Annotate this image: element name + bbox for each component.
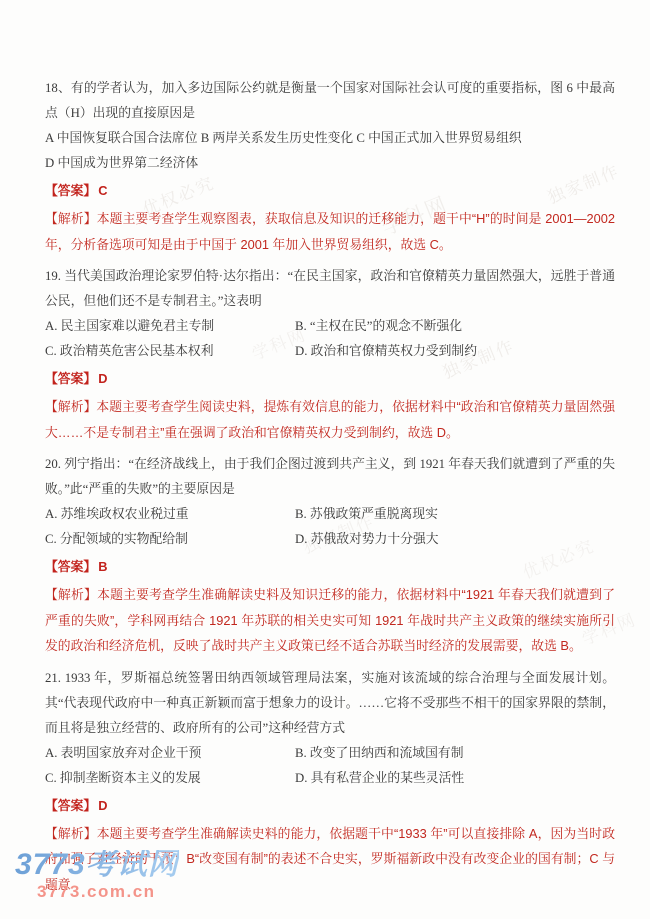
answer-value: B [98, 559, 107, 574]
question-20-explanation: 【解析】本题主要考查学生准确解读史料及知识迁移的能力，依据材料中“1921 年春… [45, 582, 615, 659]
question-19-options: A. 民主国家难以避免君主专制 B. “主权在民”的观念不断强化 C. 政治精英… [45, 314, 615, 364]
question-18-explanation: 【解析】本题主要考查学生观察图表，获取信息及知识的迁移能力，题干中“H”的时间是… [45, 206, 615, 257]
question-18-options-abc: A 中国恢复联合国合法席位 B 两岸关系发生历史性变化 C 中国正式加入世界贸易… [45, 126, 615, 151]
question-20-options: A. 苏维埃政权农业税过重 B. 苏俄政策严重脱离现实 C. 分配领域的实物配给… [45, 502, 615, 552]
site-logo: 3773考试网 3773.com.cn [15, 850, 179, 900]
option-a: A. 表明国家放弃对企业干预 [45, 741, 295, 766]
option-b: B. “主权在民”的观念不断强化 [295, 314, 615, 339]
question-19-explanation: 【解析】本题主要考查学生阅读史料，提炼有效信息的能力，依据材料中“政治和官僚精英… [45, 394, 615, 445]
question-19-answer: 【答案】D [45, 366, 615, 392]
question-20-answer: 【答案】B [45, 554, 615, 580]
site-logo-url: 3773.com.cn [37, 883, 179, 900]
question-19-stem: 19. 当代美国政治理论家罗伯特·达尔指出：“在民主国家，政治和官僚精英力量固然… [45, 264, 615, 314]
option-a: A. 民主国家难以避免君主专制 [45, 314, 295, 339]
exam-page: 优权必究 学科网 独家制作 独家制作 学科网 独家制作 优权必究 学科网 18、… [0, 0, 650, 919]
question-20-stem: 20. 列宁指出：“在经济战线上，由于我们企图过渡到共产主义，到 1921 年春… [45, 452, 615, 502]
answer-label: 【答案】 [45, 184, 96, 198]
exam-content: 18、有的学者认为，加入多边国际公约就是衡量一个国家对国际社会认可度的重要指标，… [45, 76, 615, 904]
question-19: 19. 当代美国政治理论家罗伯特·达尔指出：“在民主国家，政治和官僚精英力量固然… [45, 264, 615, 445]
answer-label: 【答案】 [45, 799, 96, 813]
answer-value: D [98, 798, 107, 813]
option-d: D. 具有私营企业的某些灵活性 [295, 766, 615, 791]
option-c: C. 抑制垄断资本主义的发展 [45, 766, 295, 791]
option-d: D. 苏俄敌对势力十分强大 [295, 527, 615, 552]
answer-label: 【答案】 [45, 560, 96, 574]
question-18-option-d: D 中国成为世界第二经济体 [45, 151, 615, 176]
question-21-stem: 21. 1933 年，罗斯福总统签署田纳西领域管理局法案，实施对该流域的综合治理… [45, 666, 615, 741]
question-20: 20. 列宁指出：“在经济战线上，由于我们企图过渡到共产主义，到 1921 年春… [45, 452, 615, 659]
question-18-stem: 18、有的学者认为，加入多边国际公约就是衡量一个国家对国际社会认可度的重要指标，… [45, 76, 615, 126]
question-18-answer: 【答案】C [45, 178, 615, 204]
question-18: 18、有的学者认为，加入多边国际公约就是衡量一个国家对国际社会认可度的重要指标，… [45, 76, 615, 257]
option-b: B. 改变了田纳西和流域国有制 [295, 741, 615, 766]
option-d: D. 政治和官僚精英权力受到制约 [295, 339, 615, 364]
option-c: C. 分配领域的实物配给制 [45, 527, 295, 552]
answer-value: C [98, 183, 107, 198]
option-b: B. 苏俄政策严重脱离现实 [295, 502, 615, 527]
option-c: C. 政治精英危害公民基本权利 [45, 339, 295, 364]
option-a: A. 苏维埃政权农业税过重 [45, 502, 295, 527]
question-21-answer: 【答案】D [45, 793, 615, 819]
question-21-options: A. 表明国家放弃对企业干预 B. 改变了田纳西和流域国有制 C. 抑制垄断资本… [45, 741, 615, 791]
site-logo-text: 3773考试网 [15, 850, 179, 880]
answer-label: 【答案】 [45, 372, 96, 386]
answer-value: D [98, 371, 107, 386]
